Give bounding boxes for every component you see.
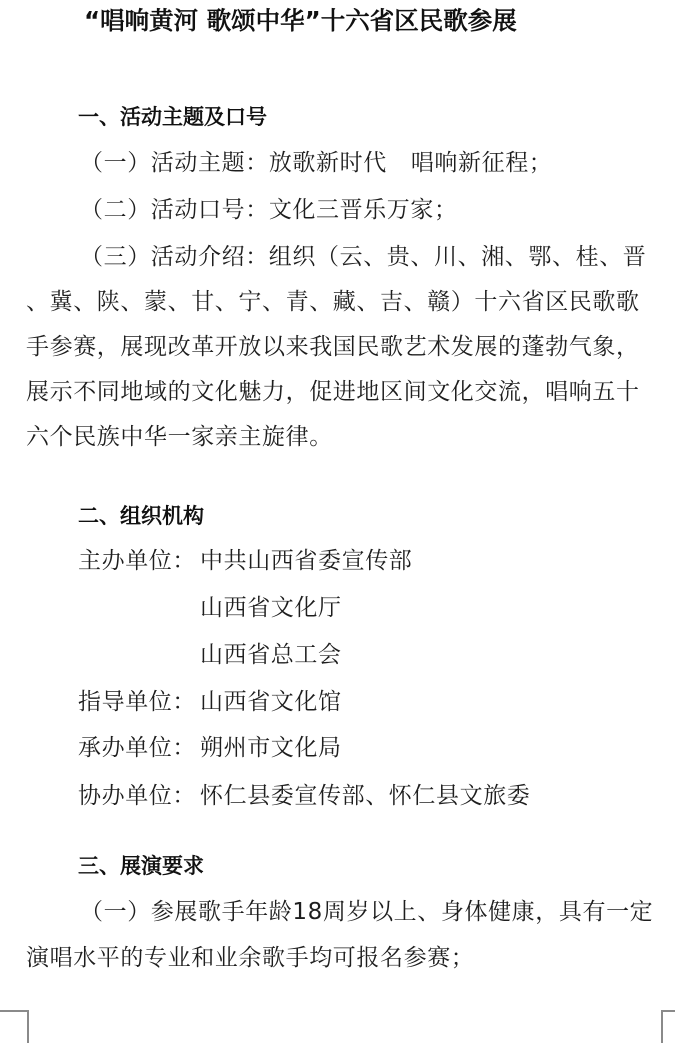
organizer-value: 山西省文化馆	[200, 689, 342, 715]
theme-value-a: 放歌新时代	[269, 150, 387, 176]
requirement-line-2: 演唱水平的专业和业余歌手均可报名参赛；	[26, 944, 474, 972]
organizer-label: 协办单位：	[78, 782, 200, 810]
organizer-label: 主办单位：	[78, 547, 200, 575]
section-heading-theme: 一、活动主题及口号	[78, 103, 267, 131]
organizer-value: 中共山西省委宣传部	[200, 548, 412, 574]
theme-value-b: 唱响新征程；	[411, 150, 553, 176]
section-heading-organization: 二、组织机构	[78, 502, 204, 530]
organizer-host: 主办单位：中共山西省委宣传部	[78, 547, 412, 575]
page-corner-mark-right	[661, 1010, 675, 1043]
slogan-label: （二）活动口号：	[80, 197, 269, 223]
organizer-label: 指导单位：	[78, 688, 200, 716]
intro-line-2: 、冀、陕、蒙、甘、宁、青、藏、吉、赣）十六省区民歌歌	[26, 288, 640, 316]
requirement-line-1: （一）参展歌手年龄18周岁以上、身体健康，具有一定	[80, 898, 653, 926]
theme-label: （一）活动主题：	[80, 150, 269, 176]
theme-line: （一）活动主题：放歌新时代唱响新征程；	[80, 149, 552, 177]
organizer-host-3: 山西省总工会	[200, 641, 342, 669]
intro-line-4: 展示不同地域的文化魅力，促进地区间文化交流，唱响五十	[26, 378, 640, 406]
document-title: “唱响黄河 歌颂中华”十六省区民歌参展	[84, 5, 517, 37]
intro-line-1: （三）活动介绍：组织（云、贵、川、湘、鄂、桂、晋	[80, 243, 646, 271]
organizer-guide: 指导单位：山西省文化馆	[78, 688, 342, 716]
slogan-value: 文化三晋乐万家；	[269, 197, 458, 223]
organizer-co-host: 协办单位：怀仁县委宣传部、怀仁县文旅委	[78, 782, 530, 810]
intro-line-5: 六个民族中华一家亲主旋律。	[26, 423, 333, 451]
section-heading-requirements: 三、展演要求	[78, 852, 204, 880]
slogan-line: （二）活动口号：文化三晋乐万家；	[80, 196, 458, 224]
organizer-value: 朔州市文化局	[200, 735, 342, 761]
page-corner-mark-left	[0, 1010, 29, 1043]
organizer-undertaker: 承办单位：朔州市文化局	[78, 734, 342, 762]
organizer-value: 怀仁县委宣传部、怀仁县文旅委	[200, 783, 530, 809]
organizer-label: 承办单位：	[78, 734, 200, 762]
organizer-host-2: 山西省文化厅	[200, 594, 342, 622]
intro-line-3: 手参赛，展现改革开放以来我国民歌艺术发展的蓬勃气象，	[26, 333, 640, 361]
